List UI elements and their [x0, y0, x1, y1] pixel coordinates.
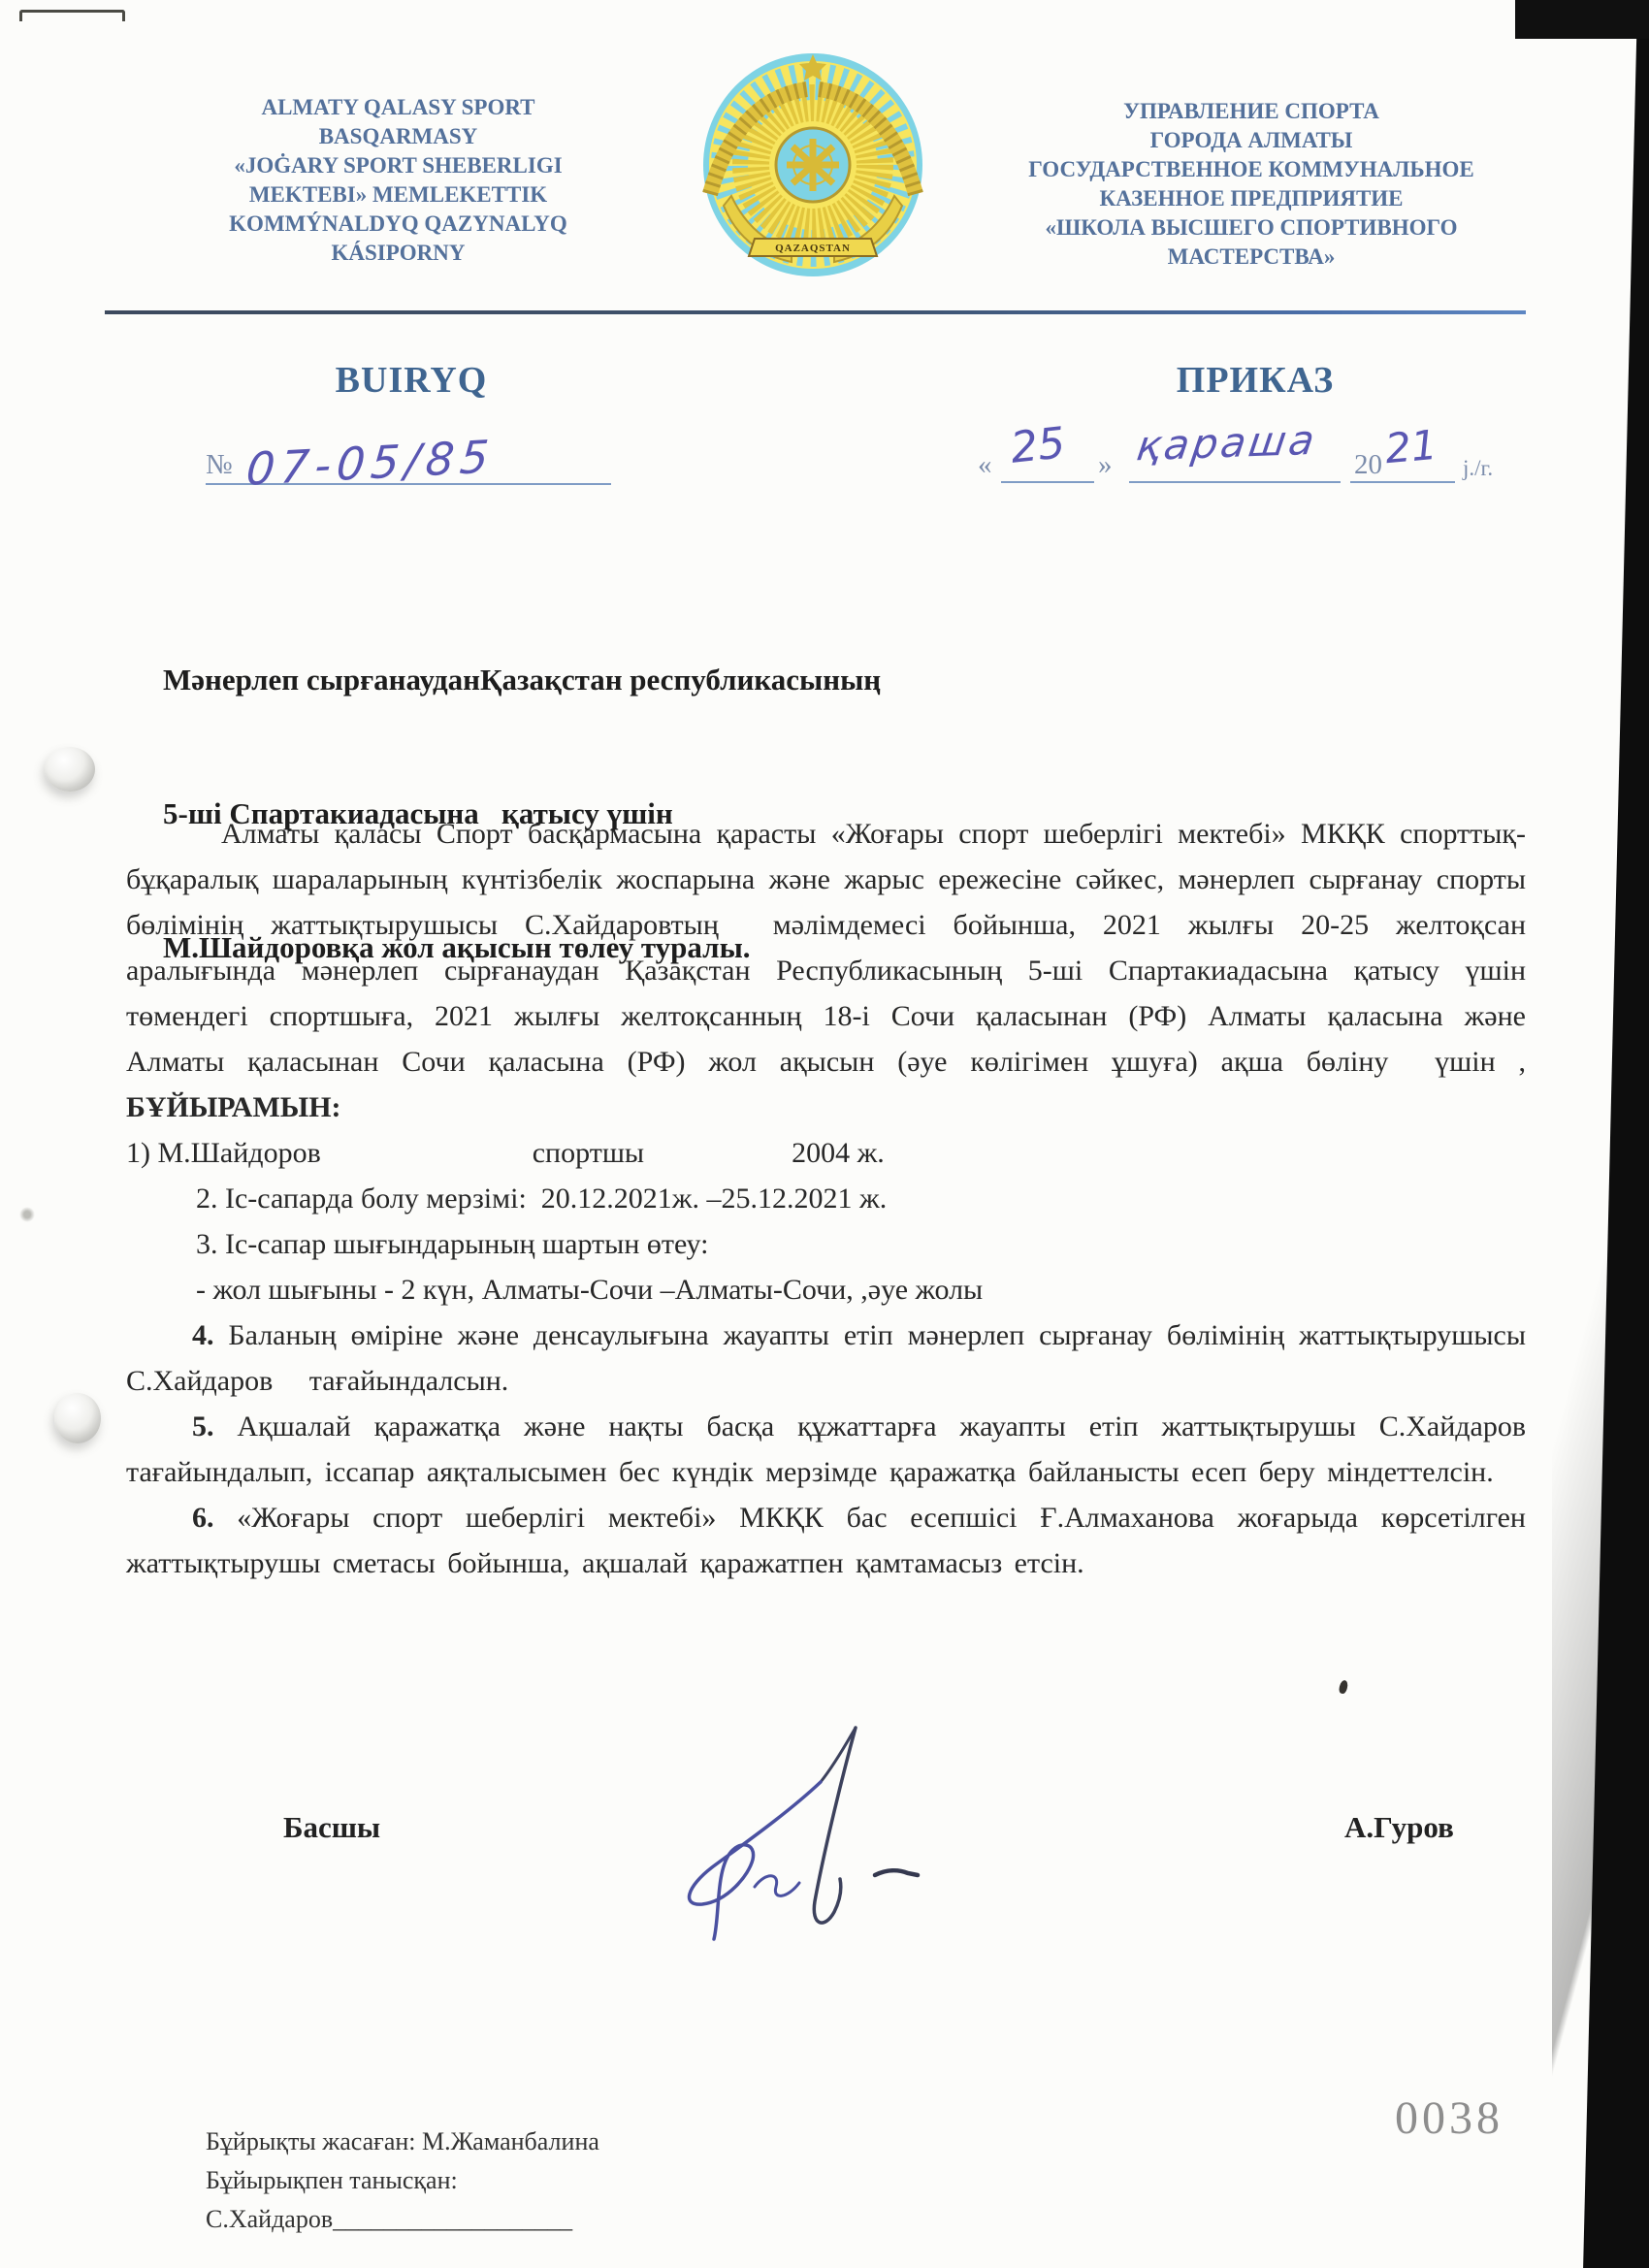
item-number: 6.: [192, 1502, 214, 1534]
kazakhstan-coat-of-arms: QAZAQSTAN: [698, 49, 927, 281]
list-item-trip-dates: 2. Іс-сапарда болу мерзімі: 20.12.2021ж.…: [126, 1176, 1526, 1221]
day-blank: 25: [1001, 427, 1094, 483]
scan-corner-shadow: [1515, 0, 1649, 39]
order-date-line: « 25 » қараша 21 20 j./г.: [978, 425, 1536, 483]
signer-name: А.Гуров: [1344, 1810, 1454, 1845]
year-suffix: j./г.: [1463, 456, 1493, 481]
item-text: «Жоғары спорт шеберлігі мектебі» МКҚК ба…: [126, 1502, 1538, 1579]
main-paragraph: Алматы қаласы Спорт басқармасына қарасты…: [126, 811, 1526, 1130]
athlete-name: 1) М.Шайдоров: [126, 1137, 321, 1169]
footer-block: Бұйрықты жасаған: М.Жаманбалина Бұйырықп…: [206, 2122, 599, 2239]
handwritten-month: қараша: [1134, 416, 1320, 470]
org-line: МАСТЕРСТВА»: [951, 243, 1552, 272]
main-paragraph-text: Алматы қаласы Спорт басқармасына қарасты…: [126, 818, 1538, 1078]
subject-line: Мәнерлеп сырғанауданҚазақстан республика…: [163, 658, 1084, 702]
header-divider: [105, 310, 1526, 314]
list-item-accountant: 6. «Жоғары спорт шеберлігі мектебі» МКҚК…: [126, 1495, 1526, 1586]
org-line: KÁSIPORNY: [153, 239, 643, 268]
org-name-kazakh: ALMATY QALASY SPORT BASQARMASY «JOĠARY S…: [153, 93, 643, 268]
handwritten-year: 21: [1383, 421, 1439, 472]
footer-prepared-by: Бұйрықты жасаған: М.Жаманбалина: [206, 2122, 599, 2161]
org-line: ГОРОДА АЛМАТЫ: [951, 126, 1552, 155]
footer-acknowledged-name: С.Хайдаров___________________: [206, 2200, 599, 2239]
close-quote: »: [1098, 449, 1113, 481]
org-name-russian: УПРАВЛЕНИЕ СПОРТА ГОРОДА АЛМАТЫ ГОСУДАРС…: [951, 97, 1552, 272]
handwritten-order-number: 07-05/85: [244, 430, 497, 496]
ink-speck: [1338, 1679, 1348, 1695]
archive-page-number: 0038: [1395, 2091, 1503, 2145]
org-line: MEKTEBI» MEMLEKETTIK: [153, 180, 643, 210]
open-quote: «: [978, 449, 992, 481]
list-item-expenses: 3. Іс-сапар шығындарының шартын өтеу:: [126, 1221, 1526, 1267]
year-prefix: 20: [1354, 449, 1382, 481]
athlete-role: спортшы: [533, 1137, 644, 1169]
list-item-expenses-detail: - жол шығыны - 2 күн, Алматы-Сочи –Алмат…: [126, 1267, 1526, 1312]
org-line: ALMATY QALASY SPORT: [153, 93, 643, 122]
footer-acknowledged-label: Бұйырықпен танысқан:: [206, 2161, 599, 2200]
item-text: Баланың өміріне және денсаулығына жауапт…: [126, 1319, 1550, 1397]
binder-rivet-top: [45, 747, 95, 792]
item-number: 5.: [192, 1410, 214, 1442]
org-line: KOMMÝNALDYQ QAZYNALYQ: [153, 210, 643, 239]
org-line: «JOĠARY SPORT SHEBERLIGI: [153, 151, 643, 180]
order-title-kazakh: BUIRYQ: [250, 359, 572, 402]
org-line: УПРАВЛЕНИЕ СПОРТА: [951, 97, 1552, 126]
list-item-responsibility: 4. Баланың өміріне және денсаулығына жау…: [126, 1312, 1526, 1404]
handwritten-signature: [630, 1722, 980, 1955]
handwritten-day: 25: [1008, 418, 1067, 473]
order-body: Алматы қаласы Спорт басқармасына қарасты…: [126, 811, 1526, 1586]
order-title-russian: ПРИКАЗ: [1084, 359, 1426, 402]
main-paragraph-command: БҰЙЫРАМЫН:: [126, 1091, 341, 1123]
org-line: ГОСУДАРСТВЕННОЕ КОММУНАЛЬНОЕ: [951, 155, 1552, 184]
scanned-order-document: ALMATY QALASY SPORT BASQARMASY «JOĠARY S…: [0, 0, 1649, 2268]
item-number: 4.: [192, 1319, 214, 1351]
month-blank: қараша: [1129, 427, 1341, 483]
binder-rivet-bottom: [54, 1393, 101, 1443]
number-sign: №: [206, 449, 233, 481]
org-line: КАЗЕННОЕ ПРЕДПРИЯТИЕ: [951, 184, 1552, 213]
athlete-birth-year: 2004 ж.: [792, 1137, 885, 1169]
list-item-athlete: 1) М.Шайдоровспортшы2004 ж.: [126, 1130, 1526, 1176]
staple-mark: [19, 10, 125, 21]
order-number-line: № 07-05/85: [206, 425, 611, 485]
emblem-banner-text: QAZAQSTAN: [775, 243, 851, 254]
list-item-finances: 5. Ақшалай қаражатқа және нақты басқа құ…: [126, 1404, 1526, 1495]
org-line: BASQARMASY: [153, 122, 643, 151]
scan-speckle: [19, 1207, 35, 1222]
item-text: Ақшалай қаражатқа және нақты басқа құжат…: [126, 1410, 1599, 1488]
org-line: «ШКОЛА ВЫСШЕГО СПОРТИВНОГО: [951, 213, 1552, 243]
emblem-graphic: QAZAQSTAN: [698, 49, 927, 281]
signer-title: Басшы: [283, 1810, 380, 1845]
